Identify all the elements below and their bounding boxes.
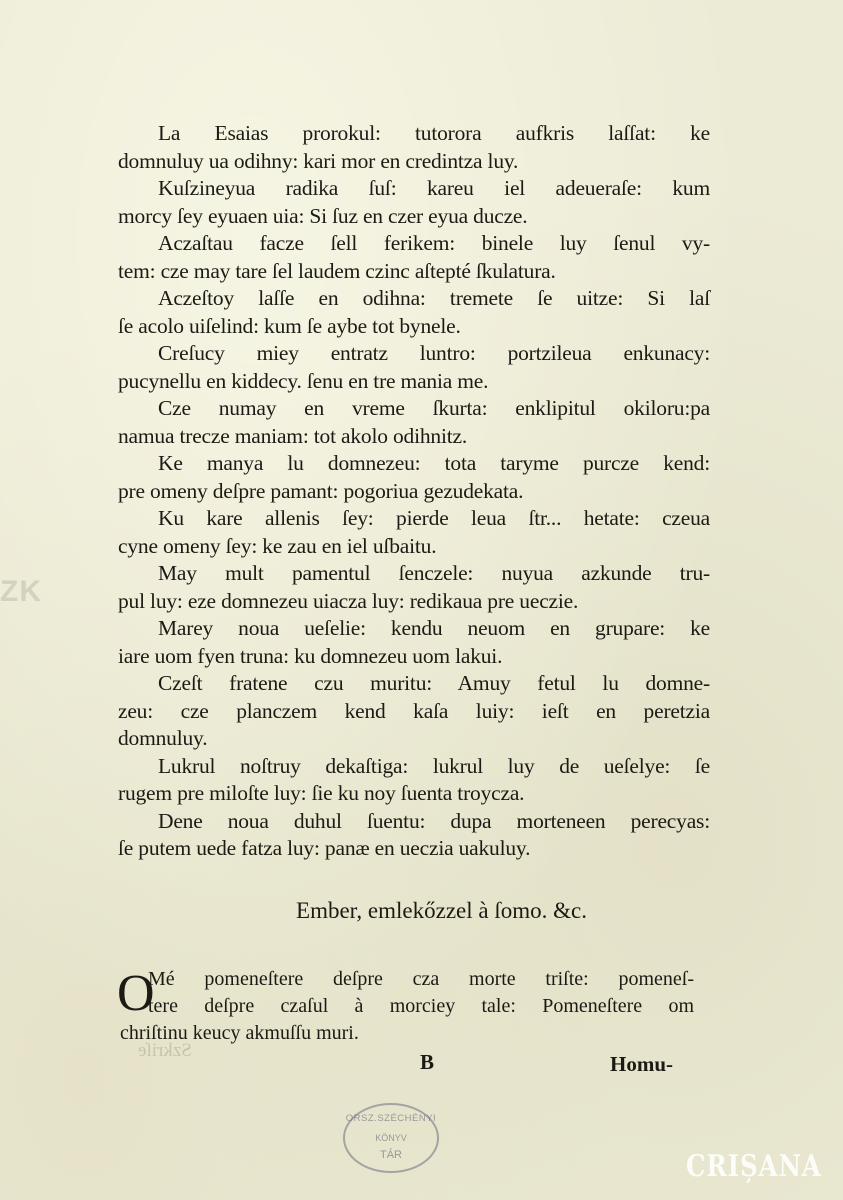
scanned-page: ZK La Esaias prorokul: tutorora aufkris … [0, 0, 843, 1200]
text-line: Cze numay en vreme ſkurta: enklipitul ok… [118, 395, 710, 423]
text-line: Aczaſtau facze ſell ferikem: binele luy … [118, 230, 710, 258]
text-line: Marey noua ueſelie: kendu neuom en grupa… [118, 615, 710, 643]
text-line: Mé pomeneſtere deſpre cza morte triſte: … [120, 966, 694, 993]
catchword: Homu- [610, 1052, 673, 1077]
drop-cap: O [117, 968, 155, 1020]
watermark-logo: CRIȘANA [686, 1149, 822, 1184]
stamp-arc-text: ORSZ.SZÉCHÉNYI [345, 1113, 437, 1124]
text-line: Kuſzineyua radika ſuſ: kareu iel adeuera… [118, 175, 710, 203]
text-line: zeu: cze planczem kend kaſa luiy: ieſt e… [118, 698, 710, 726]
text-line: ſe acolo uiſelind: kum ſe aybe tot bynel… [118, 313, 710, 341]
text-line: pul luy: eze domnezeu uiacza luy: redika… [118, 588, 710, 616]
bleed-through-text-left: ZK [0, 575, 42, 609]
text-line: May mult pamentul ſenczele: nuyua azkund… [118, 560, 710, 588]
text-line: pucynellu en kiddecy. ſenu en tre mania … [118, 368, 710, 396]
stamp-middle-text: KÖNYV [345, 1133, 437, 1143]
text-line: domnuluy ua odihny: kari mor en credintz… [118, 148, 710, 176]
stamp-bottom-text: TÁR [345, 1149, 437, 1161]
text-line: ſe putem uede fatza luy: panæ en ueczia … [118, 835, 710, 863]
text-line: Dene noua duhul ſuentu: dupa morteneen p… [118, 808, 710, 836]
library-stamp: ORSZ.SZÉCHÉNYI KÖNYV TÁR [343, 1103, 439, 1173]
text-line: Creſucy miey entratz luntro: portzileua … [118, 340, 710, 368]
text-line: cyne omeny ſey: ke zau en iel uſbaitu. [118, 533, 710, 561]
text-line: domnuluy. [118, 725, 710, 753]
text-line: tem: cze may tare ſel laudem czinc aſtep… [118, 258, 710, 286]
text-line: Ku kare allenis ſey: pierde leua ſtr... … [118, 505, 710, 533]
hymn-text-block: O Mé pomeneſtere deſpre cza morte triſte… [120, 966, 694, 1047]
text-line: Aczeſtoy laſſe en odihna: tremete ſe uit… [118, 285, 710, 313]
text-line: morcy ſey eyuaen uia: Si ſuz en czer eyu… [118, 203, 710, 231]
text-line: tere deſpre czaſul à morciey tale: Pomen… [120, 993, 694, 1020]
text-line: La Esaias prorokul: tutorora aufkris laſ… [118, 120, 710, 148]
text-line: pre omeny deſpre pamant: pogoriua gezude… [118, 478, 710, 506]
hymn-heading: Ember, emlekőzzel à ſomo. &c. [0, 898, 843, 924]
text-line: chriſtinu keucy akmuſſu muri. [120, 1020, 694, 1047]
verse-text-block: La Esaias prorokul: tutorora aufkris laſ… [118, 120, 710, 863]
signature-mark: B [420, 1050, 434, 1075]
text-line: Lukrul noſtruy dekaſtiga: lukrul luy de … [118, 753, 710, 781]
bleed-through-text-bottom: Szkriſe [138, 1040, 192, 1062]
text-line: namua trecze maniam: tot akolo odihnitz. [118, 423, 710, 451]
text-line: Ke manya lu domnezeu: tota taryme purcze… [118, 450, 710, 478]
text-line: rugem pre miloſte luy: ſie ku noy ſuenta… [118, 780, 710, 808]
text-line: Czeſt fratene czu muritu: Amuy fetul lu … [118, 670, 710, 698]
text-line: iare uom fyen truna: ku domnezeu uom lak… [118, 643, 710, 671]
